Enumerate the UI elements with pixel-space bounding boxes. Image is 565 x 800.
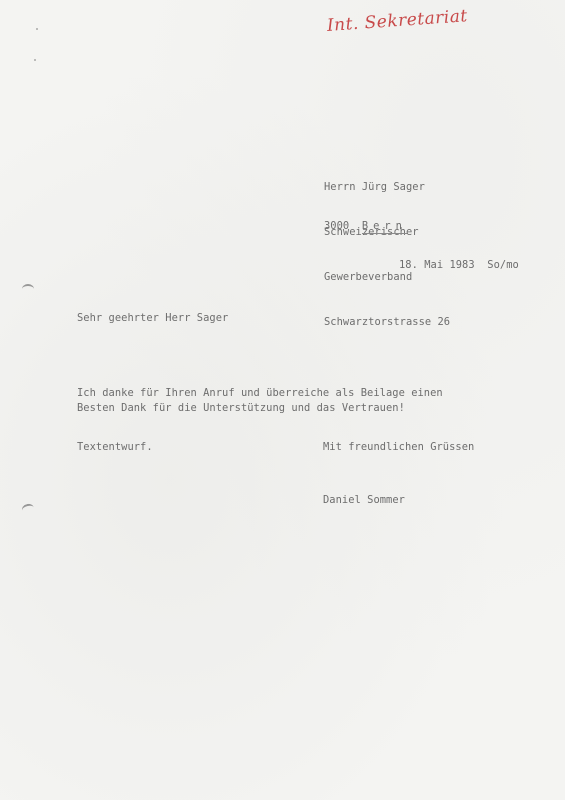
dateline: 18. Mai 1983 So/mo — [399, 258, 519, 273]
recipient-address: Herrn Jürg Sager Schweizerischer Gewerbe… — [324, 150, 450, 360]
letter-date: 18. Mai 1983 — [399, 259, 475, 271]
address-line-street: Schwarztorstrasse 26 — [324, 315, 450, 330]
postal-code: 3000 — [324, 220, 349, 232]
body-paragraph-1-line-1: Ich danke für Ihren Anruf und überreiche… — [77, 384, 443, 402]
salutation: Sehr geehrter Herr Sager — [77, 311, 228, 326]
handwritten-annotation: Int. Sekretariat — [326, 6, 468, 36]
punch-hole-top — [22, 284, 34, 294]
reference-initials: So/mo — [487, 259, 519, 271]
signature-name: Daniel Sommer — [323, 493, 405, 508]
paper-speck — [36, 28, 38, 30]
address-line-name: Herrn Jürg Sager — [324, 180, 450, 195]
body-paragraph-1: Ich danke für Ihren Anruf und überreiche… — [77, 348, 443, 492]
recipient-city-line: 3000 Bern — [324, 219, 407, 234]
closing-phrase: Mit freundlichen Grüssen — [323, 440, 474, 455]
city-name: Bern — [362, 220, 407, 234]
punch-hole-bottom — [21, 503, 35, 516]
paper-speck — [34, 59, 36, 61]
letter-page: Int. Sekretariat Herrn Jürg Sager Schwei… — [0, 0, 565, 800]
body-paragraph-2: Besten Dank für die Unterstützung und da… — [77, 401, 405, 416]
